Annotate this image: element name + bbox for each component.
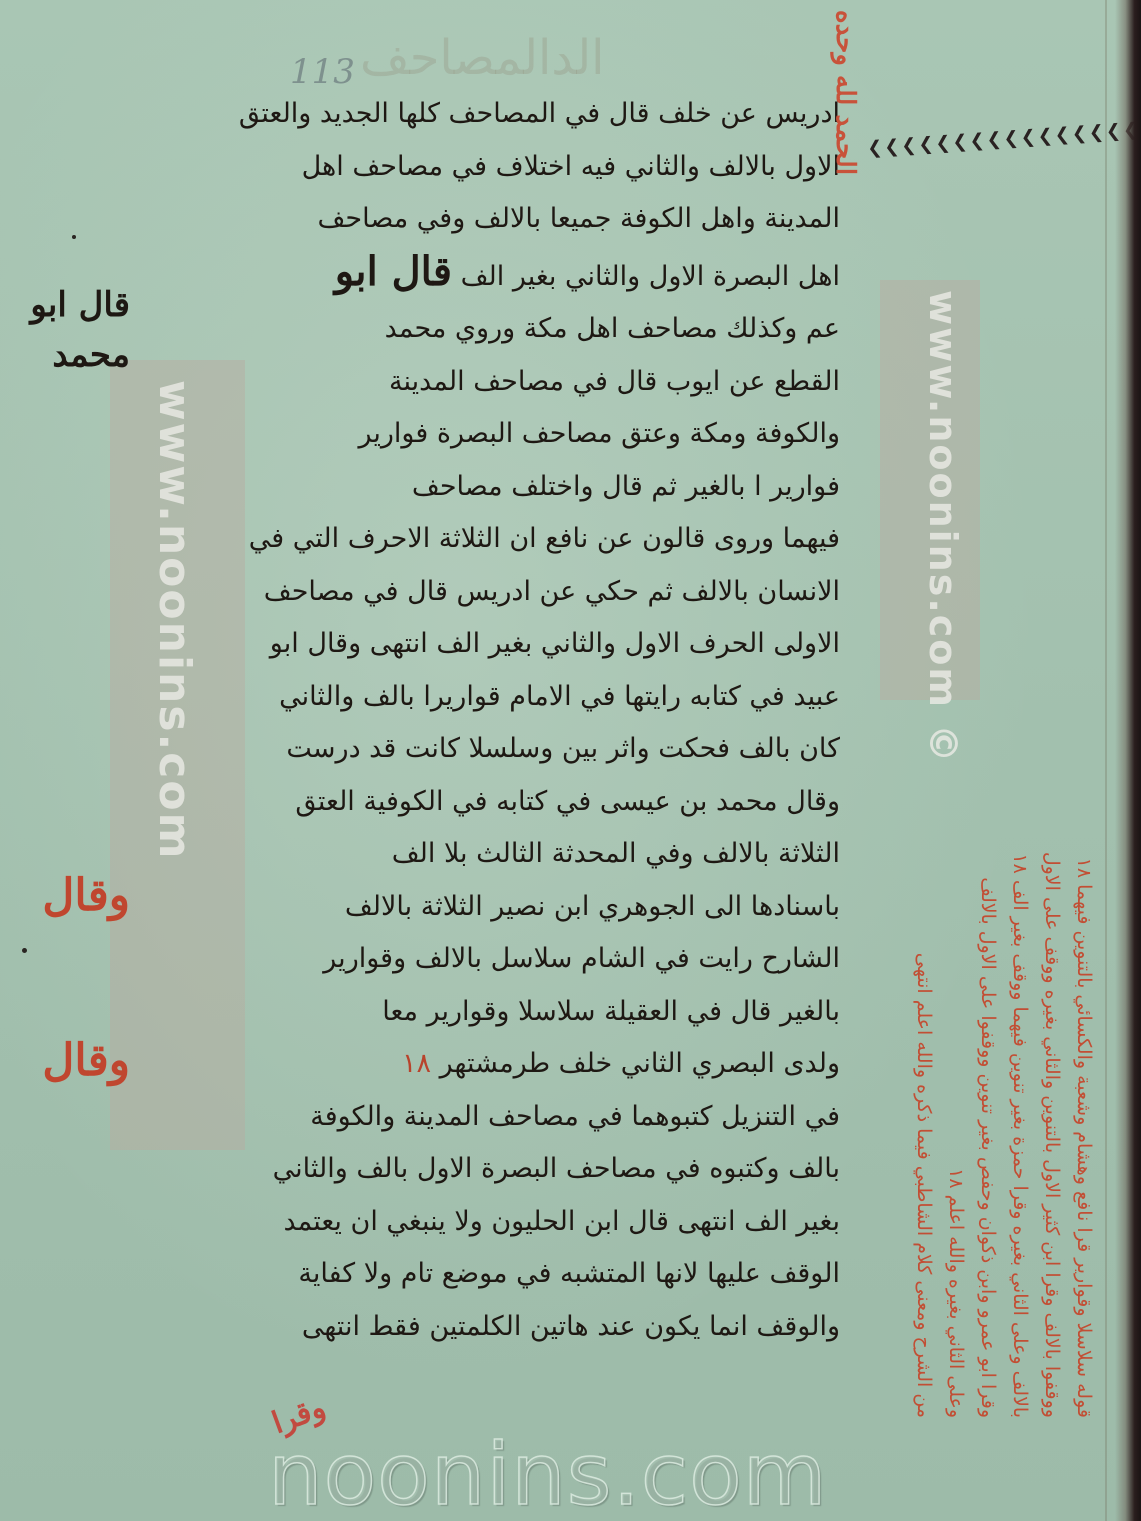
marginal-note: وقرا ابو عمرو وابن ذكوان وحفص بغير تنوين… xyxy=(972,178,1004,1418)
manuscript-page: الدالمصاحف 113 ادريس عن خلف قال في المصا… xyxy=(0,0,1141,1521)
watermark-bottom: noonins.com xyxy=(268,1425,827,1521)
faint-bleedthrough-header: الدالمصاحف xyxy=(360,30,604,86)
text-line: بالغير قال في العقيلة سلاسلا وقوارير معا xyxy=(60,986,840,1039)
marginal-note: من الشرح ومعنى كلام الشاطبي فيما ذكره وا… xyxy=(908,178,940,1418)
margin-rubric-waqaala-1: وقال xyxy=(20,870,130,921)
margin-rubric-waqaala-2: وقال xyxy=(20,1035,130,1086)
ink-speck xyxy=(72,235,76,239)
page-edge-line xyxy=(1105,0,1107,1521)
text-line: الشارح رايت في الشام سلاسل بالالف وقواري… xyxy=(60,933,840,986)
binding-edge-shadow xyxy=(1115,0,1141,1521)
text-line: ادريس عن خلف قال في المصاحف كلها الجديد … xyxy=(60,88,840,141)
ink-speck xyxy=(22,948,27,953)
reference-mark: ١٨ xyxy=(402,1048,431,1079)
marginal-note: ووقفوا بالالف وقرا ابن كثير الاول بالتنو… xyxy=(1036,178,1068,1418)
text-line: المدينة واهل الكوفة جميعا بالالف وفي مصا… xyxy=(60,193,840,246)
text-line: باسنادها الى الجوهري ابن نصير الثلاثة با… xyxy=(60,881,840,934)
text-line: اهل البصرة الاول والثاني بغير الف قال اب… xyxy=(60,246,840,304)
text-line: والوقف انما يكون عند هاتين الكلمتين فقط … xyxy=(60,1301,840,1354)
marginal-note: بالالف وعلى الثاني بغيره وقرا حمزة بغير … xyxy=(1004,178,1036,1418)
text-line: الوقف عليها لانها المتشبه في موضع تام ول… xyxy=(60,1248,840,1301)
marginal-notes-block: قوله سلاسلا وقوارير قرا نافع وهشام وشعبة… xyxy=(908,178,1100,1418)
watermark-vertical-left: www.noonins.com xyxy=(149,380,200,860)
marginal-note: وعلى الثاني بغيره والله اعلم ١٨ xyxy=(940,178,972,1418)
top-margin-rubric: الحمد لله وحده xyxy=(830,10,860,175)
folio-number: 113 xyxy=(290,52,355,92)
text-line: الاول بالالف والثاني فيه اختلاف في مصاحف… xyxy=(60,141,840,194)
rubric-qaala: قال ابو xyxy=(335,248,452,295)
text-line: بغير الف انتهى قال ابن الحليون ولا ينبغي… xyxy=(60,1196,840,1249)
text-line: ولدى البصري الثاني خلف طرمشتهر ١٨ xyxy=(60,1038,840,1091)
margin-word-muhammad: محمد xyxy=(20,335,130,375)
text-line: عم وكذلك مصاحف اهل مكة وروي محمد xyxy=(60,303,840,356)
text-line: في التنزيل كتبوهما في مصاحف المدينة والك… xyxy=(60,1091,840,1144)
decorative-chevron-border: ❮❮❮❮❮❮❮❮❮❮❮❮❮❮❮❮ xyxy=(867,122,1101,178)
text-line: بالف وكتبوه في مصاحف البصرة الاول بالف و… xyxy=(60,1143,840,1196)
marginal-note: قوله سلاسلا وقوارير قرا نافع وهشام وشعبة… xyxy=(1068,178,1100,1418)
margin-rubric-qaala-abu: قال ابو xyxy=(20,285,130,325)
